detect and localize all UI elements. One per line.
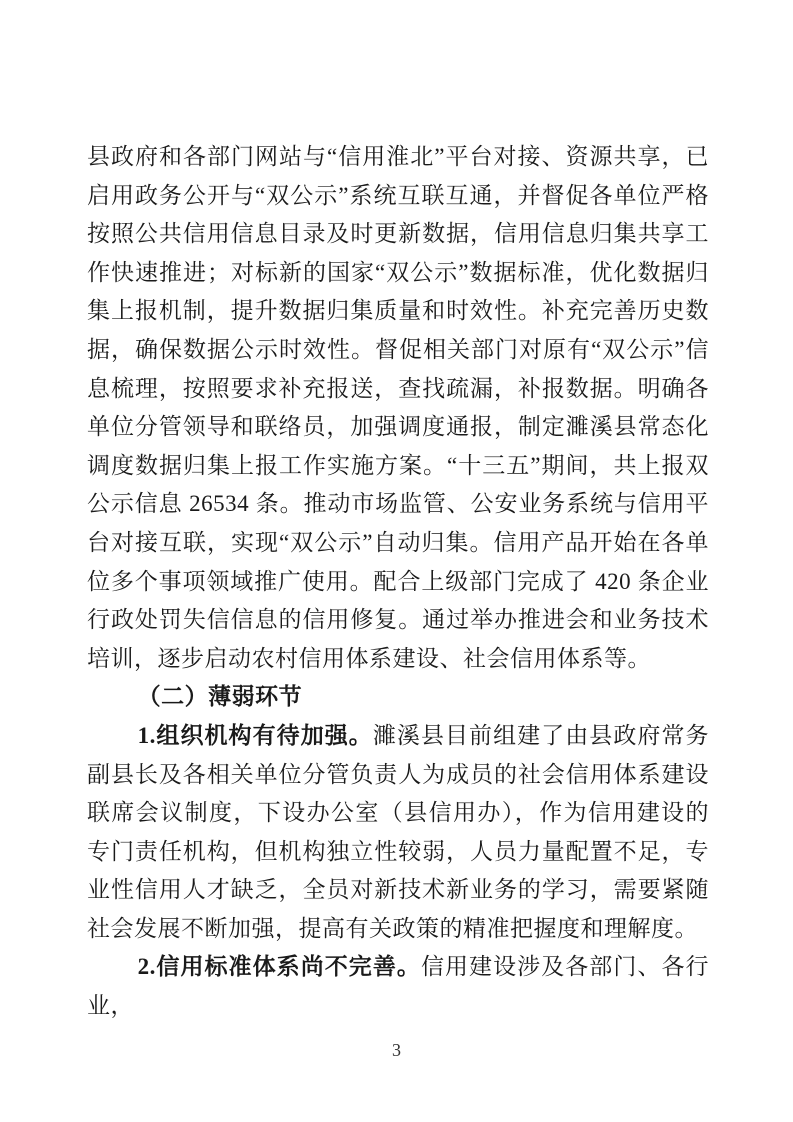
paragraphs: 县政府和各部门网站与“信用淮北”平台对接、资源共享，已启用政务公开与“双公示”系… bbox=[87, 138, 709, 1026]
page-number: 3 bbox=[392, 1040, 401, 1060]
paragraph: （二）薄弱环节 bbox=[87, 678, 709, 717]
document-page: 县政府和各部门网站与“信用淮北”平台对接、资源共享，已启用政务公开与“双公示”系… bbox=[0, 0, 793, 1122]
paragraph: 2.信用标准体系尚不完善。信用建设涉及各部门、各行业， bbox=[87, 948, 709, 1025]
text-run: 濉溪县目前组建了由县政府常务副县长及各相关单位分管负责人为成员的社会信用体系建设… bbox=[87, 723, 709, 941]
bold-text-run: 2.信用标准体系尚不完善。 bbox=[138, 954, 421, 979]
bold-text-run: （二）薄弱环节 bbox=[138, 684, 303, 709]
page-footer: 3 bbox=[0, 1038, 793, 1062]
paragraph: 县政府和各部门网站与“信用淮北”平台对接、资源共享，已启用政务公开与“双公示”系… bbox=[87, 138, 709, 678]
paragraph: 1.组织机构有待加强。濉溪县目前组建了由县政府常务副县长及各相关单位分管负责人为… bbox=[87, 717, 709, 949]
document-body: 县政府和各部门网站与“信用淮北”平台对接、资源共享，已启用政务公开与“双公示”系… bbox=[87, 138, 709, 1026]
bold-text-run: 1.组织机构有待加强。 bbox=[138, 723, 373, 748]
text-run: 县政府和各部门网站与“信用淮北”平台对接、资源共享，已启用政务公开与“双公示”系… bbox=[87, 144, 709, 671]
